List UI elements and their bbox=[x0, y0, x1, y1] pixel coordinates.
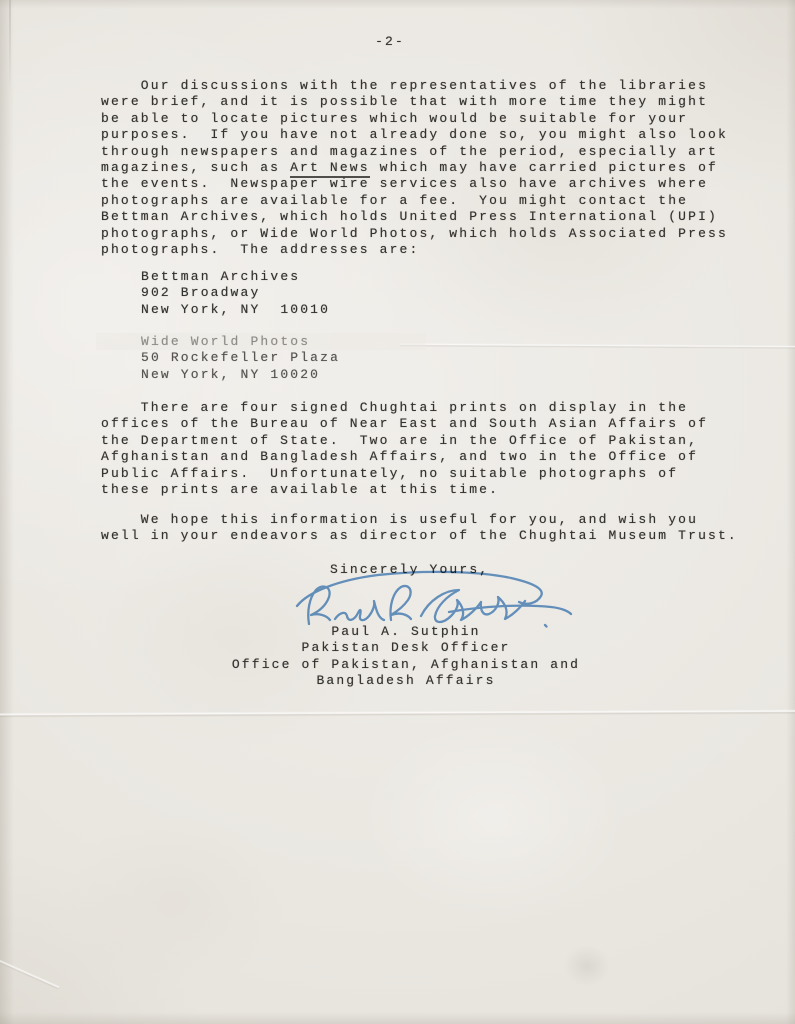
paper-crease-lower bbox=[0, 709, 795, 717]
signature-paul bbox=[308, 586, 384, 624]
paragraph-libraries: Our discussions with the representatives… bbox=[101, 78, 728, 258]
paper-edge-shading-top bbox=[0, 0, 795, 9]
paragraph-well-wishes: We hope this information is useful for y… bbox=[101, 512, 738, 545]
signature-flourish bbox=[297, 572, 542, 606]
paper-edge-shading-bottom bbox=[0, 1012, 795, 1024]
art-news-underline bbox=[290, 176, 370, 178]
scanned-letter-page: -2- Our discussions with the representat… bbox=[0, 0, 795, 1024]
paper-smudge-bottom-right bbox=[556, 938, 618, 994]
signature-block: Paul A. Sutphin Pakistan Desk Officer Of… bbox=[0, 624, 795, 690]
address-bettman-archives: Bettman Archives 902 Broadway New York, … bbox=[141, 269, 330, 318]
paper-edge-shading-right bbox=[786, 0, 795, 1024]
paper-crease-middle bbox=[400, 343, 795, 349]
paper-crease-fade-over-text bbox=[96, 333, 426, 350]
signature-initial-r bbox=[390, 586, 411, 620]
paper-edge-shading-left bbox=[0, 0, 14, 1024]
signature-tail bbox=[449, 606, 571, 614]
paragraph-chughtai-prints: There are four signed Chughtai prints on… bbox=[101, 400, 708, 498]
page-number: -2- bbox=[0, 34, 780, 50]
